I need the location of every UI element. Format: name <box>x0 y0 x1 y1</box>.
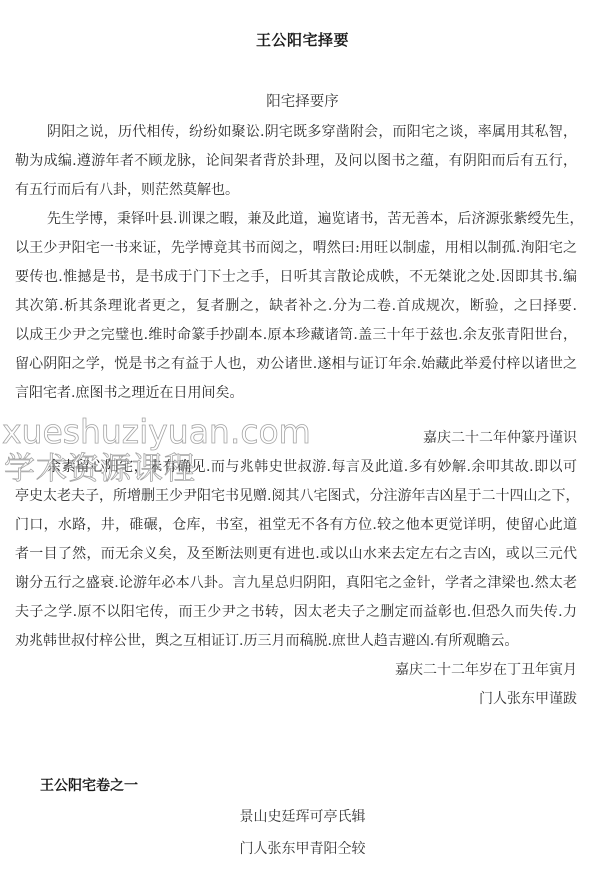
postscript-line-2: 亭史太老夫子，所增删王少尹阳宅书见赠.阅其八宅图式，分注游年吉凶星于二十四山之下… <box>15 486 577 506</box>
chapter-credit-proofreader: 门人张东甲青阳仝较 <box>0 838 605 858</box>
preface-signature-1: 嘉庆二十二年仲篆丹谨识 <box>423 428 577 448</box>
preface-p2-line-5: 以成王少尹之完璧也.维时命篆手抄副本.原本珍藏诸笥.盖三十年于兹也.余友张青阳世… <box>15 325 577 345</box>
document-page: 王公阳宅择要 阳宅择要序 阴阳之说，历代相传，纷纷如聚讼.阴宅既多穿凿附会，而阳… <box>0 0 605 877</box>
postscript-line-3: 门口，水路，井，碓碾，仓库，书室，祖堂无不各有方位.较之他本更觉详明，使留心此道 <box>15 515 577 535</box>
chapter-title: 王公阳宅卷之一 <box>40 775 138 795</box>
postscript-line-1: 余素留心阳宅，未有确见.而与兆韩史世叔游.每言及此道.多有妙解.余叩其故.即以可 <box>47 457 577 477</box>
postscript-signature-author: 门人张东甲谨跋 <box>479 689 577 709</box>
postscript-line-6: 夫子之学.原不以阳宅传，而王少尹之书转，因太老夫子之删定而益彰也.但恐久而失传.… <box>15 602 577 622</box>
preface-p1-line-1: 阴阳之说，历代相传，纷纷如聚讼.阴宅既多穿凿附会，而阳宅之谈，率属用其私智， <box>47 122 577 142</box>
preface-p2-line-4: 其次第.析其条理讹者更之，复者删之，缺者补之.分为二卷.首成规次，断验，之曰择要… <box>15 296 577 316</box>
postscript-line-7: 劝兆韩世叔付梓公世，舆之互相证订.历三月而稿脱.庶世人趋吉避凶.有所观瞻云。 <box>15 631 577 651</box>
postscript-line-5: 谢分五行之盛衰.论游年必本八卦。言九星总归阴阳，真阳宅之金针，学者之津梁也.然太… <box>15 573 577 593</box>
watermark-url: xueshuziyuan.com <box>2 412 311 451</box>
preface-p1-line-2: 勒为成编.遵游年者不顾龙脉，论间架者背於卦理，及问以图书之蕴，有阴阳而后有五行， <box>15 151 577 171</box>
chapter-credit-compiler: 景山史廷珲可亭氏辑 <box>0 806 605 826</box>
document-title: 王公阳宅择要 <box>0 29 605 50</box>
postscript-signature-date: 嘉庆二十二年岁在丁丑年寅月 <box>395 660 577 680</box>
preface-p1-line-3: 有五行而后有八卦，则茫然莫解也。 <box>15 180 577 200</box>
preface-p2-line-2: 以王少尹阳宅一书来证，先学博竟其书而阅之，喟然曰:用旺以制虚，用相以制孤.洵阳宅… <box>15 238 577 258</box>
preface-p2-line-6: 留心阴阳之学，悦是书之有益于人也，劝公诸世.遂相与证订年余.始藏此举爰付梓以诸世… <box>15 354 577 374</box>
preface-p2-line-3: 要传也.惟撼是书，是书成于门下士之手，日听其言散论成帙，不无桀讹之处.因即其书.… <box>15 267 577 287</box>
preface-title: 阳宅择要序 <box>0 90 605 111</box>
preface-p2-line-1: 先生学博，秉铎叶县.训课之暇，兼及此道，遍览诸书，苦无善本，后济源张紫绶先生， <box>47 209 577 229</box>
preface-p2-line-7: 言阳宅者.庶图书之理近在日用间矣。 <box>15 383 577 403</box>
postscript-line-4: 者一目了然，而无余义矣，及至断法则更有进也.或以山水来去定左右之吉凶，或以三元代 <box>15 544 577 564</box>
